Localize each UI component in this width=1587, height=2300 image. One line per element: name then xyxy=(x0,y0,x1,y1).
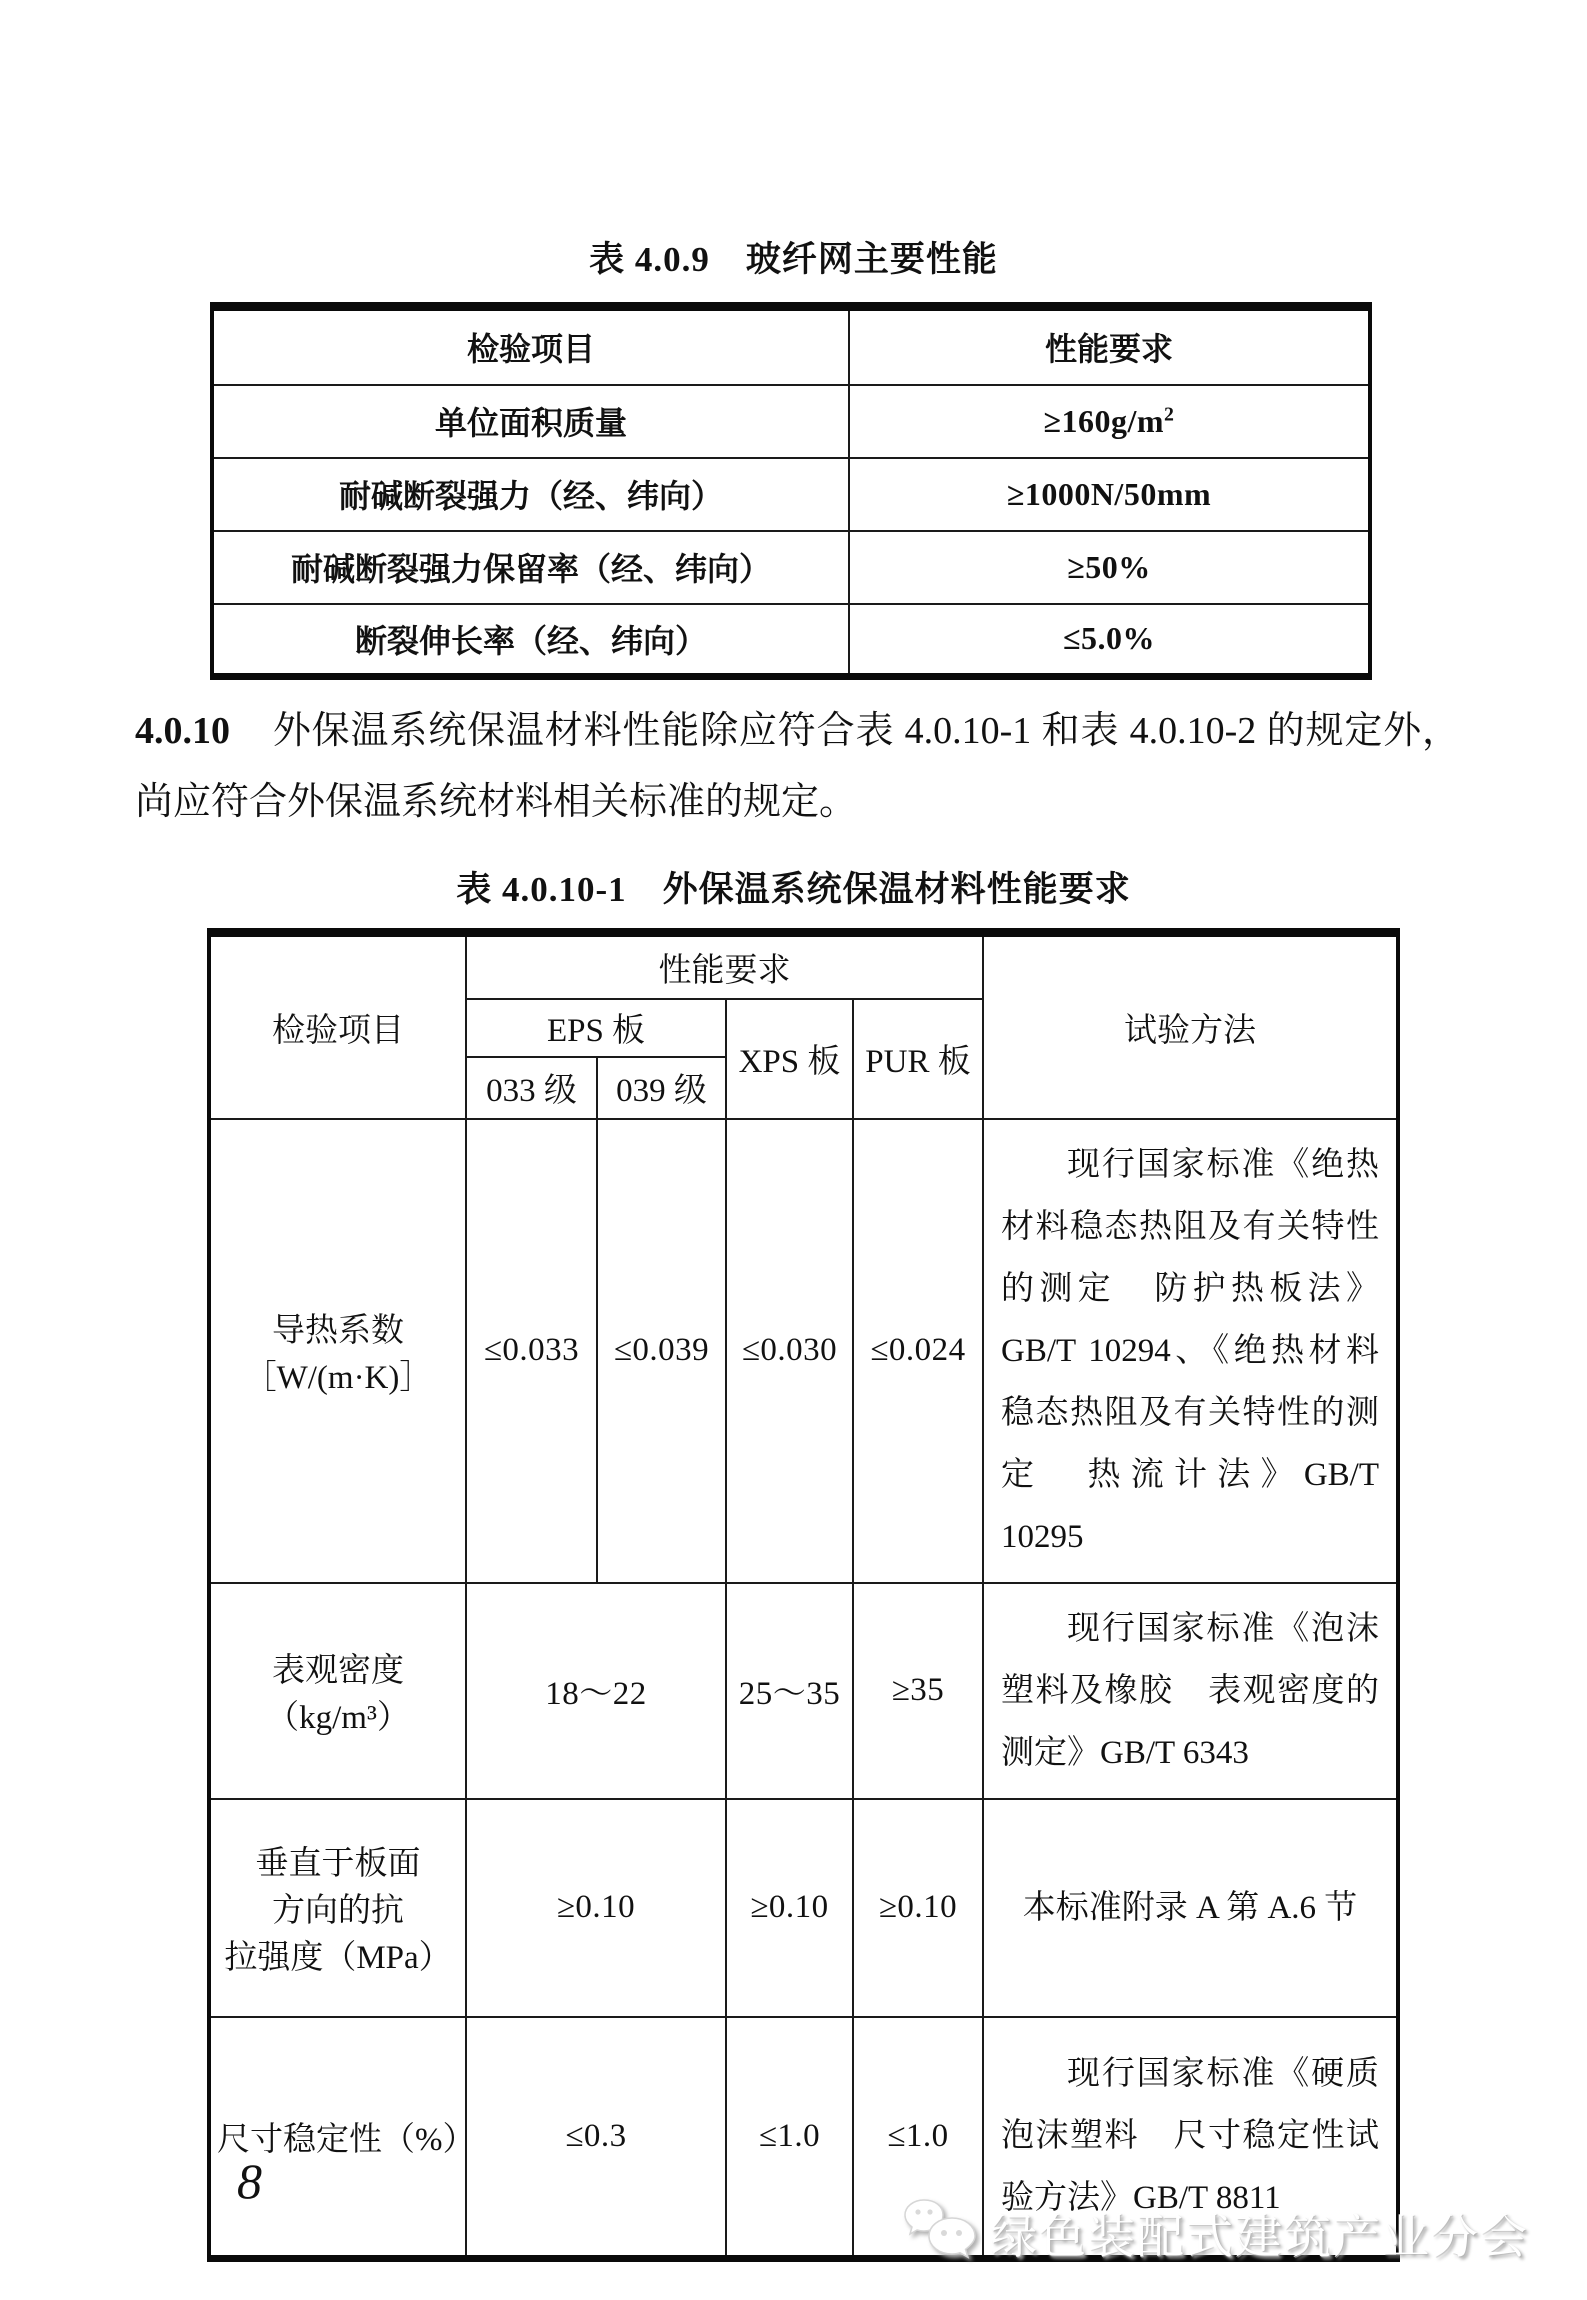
clause-text: 外保温系统保温材料性能除应符合表 4.0.10-1 和表 4.0.10-2 的规… xyxy=(135,710,1460,823)
value-superscript: 2 xyxy=(1164,403,1174,425)
watermark: 绿色装配式建筑产业分会 xyxy=(902,2196,1529,2271)
value-xps: ≤0.030 xyxy=(726,1119,853,1583)
header-cell-requirement: 性能要求 xyxy=(849,307,1370,385)
clause-number: 4.0.10 xyxy=(135,710,272,752)
row-label: 断裂伸长率（经、纬向） xyxy=(212,604,849,677)
header-cell-033: 033 级 xyxy=(466,1057,597,1119)
row-value: ≤5.0% xyxy=(849,604,1370,677)
test-method: 现行国家标准《绝热材料稳态热阻及有关特性的测定 防护热板法》GB/T 10294… xyxy=(983,1119,1398,1583)
header-cell-eps: EPS 板 xyxy=(466,999,726,1057)
table1-title: 表 4.0.9 玻纤网主要性能 xyxy=(0,0,1587,282)
document-page: 表 4.0.9 玻纤网主要性能 检验项目 性能要求 单位面积质量 ≥160g/m… xyxy=(0,0,1587,2300)
test-method: 本标准附录 A 第 A.6 节 xyxy=(983,1799,1398,2017)
value-033: ≤0.033 xyxy=(466,1119,597,1583)
header-cell-performance: 性能要求 xyxy=(466,933,983,999)
header-cell-method: 试验方法 xyxy=(983,933,1398,1119)
table-row: 耐碱断裂强力保留率（经、纬向） ≥50% xyxy=(212,531,1370,604)
value-xps: 25～35 xyxy=(726,1583,853,1799)
row-label: 导热系数 ［W/(m·K)］ xyxy=(209,1119,466,1583)
table-header-row-1: 检验项目 性能要求 试验方法 xyxy=(209,933,1398,999)
value-text: ≥160g/m xyxy=(1043,403,1164,439)
table-header-row: 检验项目 性能要求 xyxy=(212,307,1370,385)
table-row: 断裂伸长率（经、纬向） ≤5.0% xyxy=(212,604,1370,677)
value-xps: ≤1.0 xyxy=(726,2017,853,2259)
row-label: 垂直于板面 方向的抗 拉强度（MPa） xyxy=(209,1799,466,2017)
row-value: ≥50% xyxy=(849,531,1370,604)
table-row-thermal-conductivity: 导热系数 ［W/(m·K)］ ≤0.033 ≤0.039 ≤0.030 ≤0.0… xyxy=(209,1119,1398,1583)
row-label: 单位面积质量 xyxy=(212,385,849,458)
row-label: 尺寸稳定性（%） xyxy=(209,2017,466,2259)
value-xps: ≥0.10 xyxy=(726,1799,853,2017)
row-label: 表观密度 （kg/m³） xyxy=(209,1583,466,1799)
test-method: 现行国家标准《泡沫塑料及橡胶 表观密度的测定》GB/T 6343 xyxy=(983,1583,1398,1799)
table-insulation-material-performance: 检验项目 性能要求 试验方法 EPS 板 XPS 板 PUR 板 033 级 0… xyxy=(207,928,1400,2262)
table2-title: 表 4.0.10-1 外保温系统保温材料性能要求 xyxy=(0,868,1587,912)
watermark-text: 绿色装配式建筑产业分会 xyxy=(990,2200,1529,2267)
header-cell-pur: PUR 板 xyxy=(853,999,983,1119)
header-cell-item: 检验项目 xyxy=(212,307,849,385)
row-label: 耐碱断裂强力（经、纬向） xyxy=(212,458,849,531)
header-cell-item: 检验项目 xyxy=(209,933,466,1119)
value-pur: ≥0.10 xyxy=(853,1799,983,2017)
value-eps: ≥0.10 xyxy=(466,1799,726,2017)
value-eps: ≤0.3 xyxy=(466,2017,726,2259)
clause-4-0-10: 4.0.10外保温系统保温材料性能除应符合表 4.0.10-1 和表 4.0.1… xyxy=(135,696,1460,838)
header-cell-039: 039 级 xyxy=(597,1057,726,1119)
row-value: ≥1000N/50mm xyxy=(849,458,1370,531)
page-number: 8 xyxy=(237,2152,262,2210)
table-row-apparent-density: 表观密度 （kg/m³） 18～22 25～35 ≥35 现行国家标准《泡沫塑料… xyxy=(209,1583,1398,1799)
value-039: ≤0.039 xyxy=(597,1119,726,1583)
row-label: 耐碱断裂强力保留率（经、纬向） xyxy=(212,531,849,604)
row-value: ≥160g/m2 xyxy=(849,385,1370,458)
wechat-icon xyxy=(902,2196,980,2271)
table-row: 耐碱断裂强力（经、纬向） ≥1000N/50mm xyxy=(212,458,1370,531)
table-row: 单位面积质量 ≥160g/m2 xyxy=(212,385,1370,458)
table-glass-fiber-mesh: 检验项目 性能要求 单位面积质量 ≥160g/m2 耐碱断裂强力（经、纬向） ≥… xyxy=(210,302,1372,680)
value-pur: ≥35 xyxy=(853,1583,983,1799)
value-pur: ≤0.024 xyxy=(853,1119,983,1583)
header-cell-xps: XPS 板 xyxy=(726,999,853,1119)
table-row-tensile-strength: 垂直于板面 方向的抗 拉强度（MPa） ≥0.10 ≥0.10 ≥0.10 本标… xyxy=(209,1799,1398,2017)
value-eps: 18～22 xyxy=(466,1583,726,1799)
